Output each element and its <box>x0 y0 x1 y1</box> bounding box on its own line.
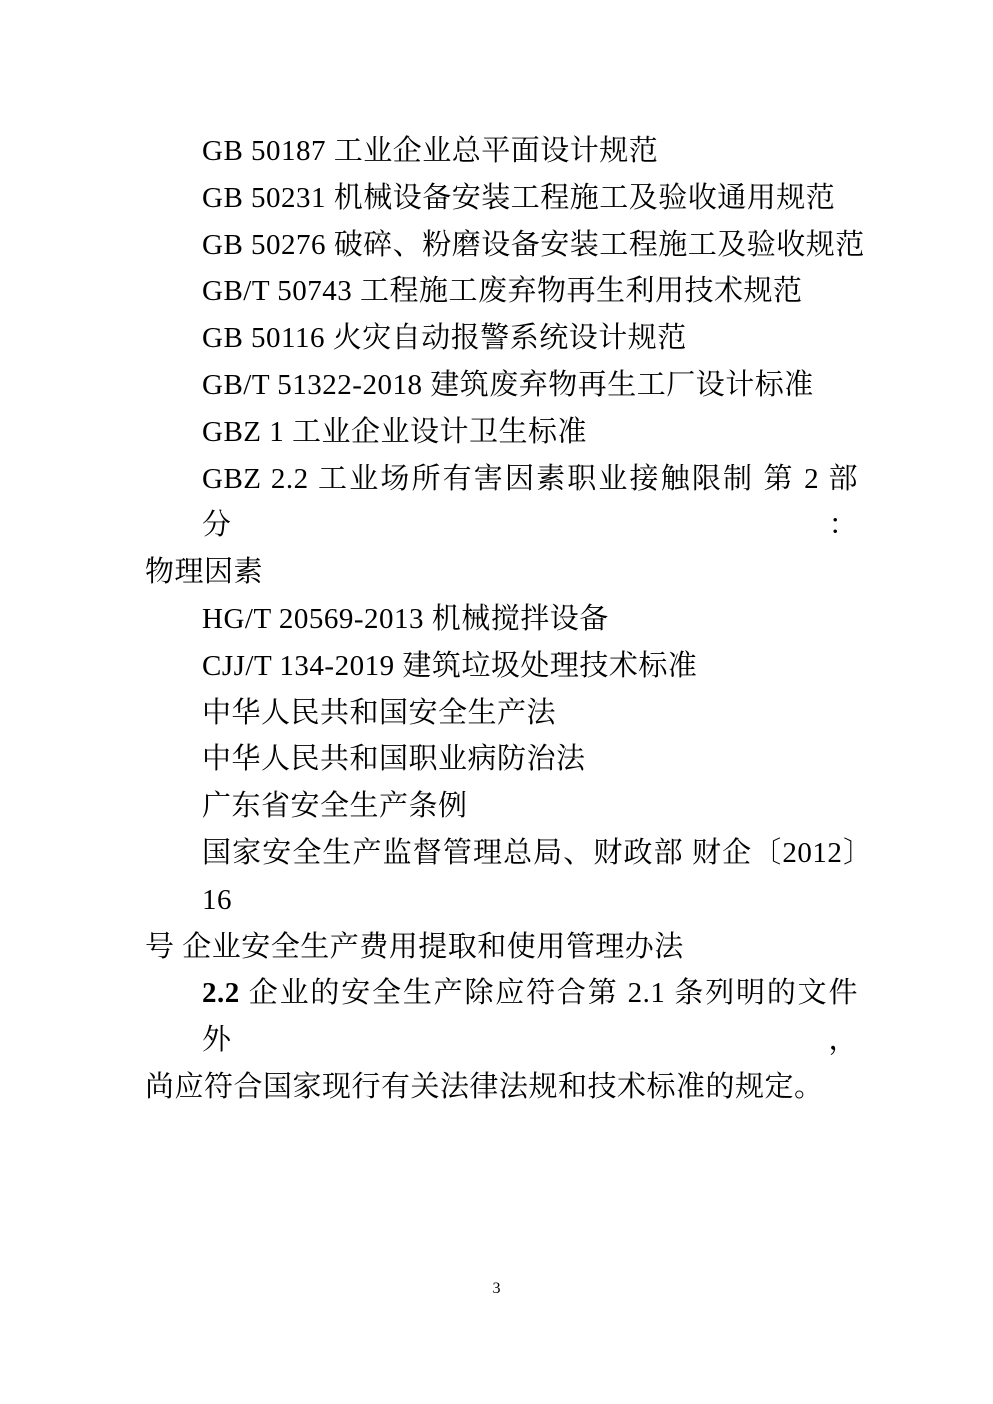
page-number: 3 <box>0 1278 993 1300</box>
document-line: 国家安全生产监督管理总局、财政部 财企〔2012〕16 <box>145 830 858 924</box>
document-line: GB 50276 破碎、粉磨设备安装工程施工及验收规范 <box>145 222 858 269</box>
document-line: GB 50187 工业企业总平面设计规范 <box>145 128 858 175</box>
document-line: GB 50231 机械设备安装工程施工及验收通用规范 <box>145 175 858 222</box>
clause-number: 2.2 <box>202 977 240 1009</box>
document-line: GB 50116 火灾自动报警系统设计规范 <box>145 315 858 362</box>
document-line: 物理因素 <box>145 549 858 596</box>
document-line: GBZ 2.2 工业场所有害因素职业接触限制 第 2 部分： <box>145 456 858 550</box>
document-line: GBZ 1 工业企业设计卫生标准 <box>145 409 858 456</box>
document-line: CJJ/T 134-2019 建筑垃圾处理技术标准 <box>145 643 858 690</box>
document-line: 2.2 企业的安全生产除应符合第 2.1 条列明的文件外， <box>145 970 858 1064</box>
document-line: 中华人民共和国安全生产法 <box>145 690 858 737</box>
document-line: GB/T 50743 工程施工废弃物再生利用技术规范 <box>145 268 858 315</box>
document-body: GB 50187 工业企业总平面设计规范GB 50231 机械设备安装工程施工及… <box>145 128 858 1111</box>
document-line: 广东省安全生产条例 <box>145 783 858 830</box>
document-line: 尚应符合国家现行有关法律法规和技术标准的规定。 <box>145 1064 858 1111</box>
document-page: GB 50187 工业企业总平面设计规范GB 50231 机械设备安装工程施工及… <box>0 0 993 1404</box>
document-line: GB/T 51322-2018 建筑废弃物再生工厂设计标准 <box>145 362 858 409</box>
document-line: 中华人民共和国职业病防治法 <box>145 736 858 783</box>
document-line: HG/T 20569-2013 机械搅拌设备 <box>145 596 858 643</box>
document-line: 号 企业安全生产费用提取和使用管理办法 <box>145 924 858 971</box>
